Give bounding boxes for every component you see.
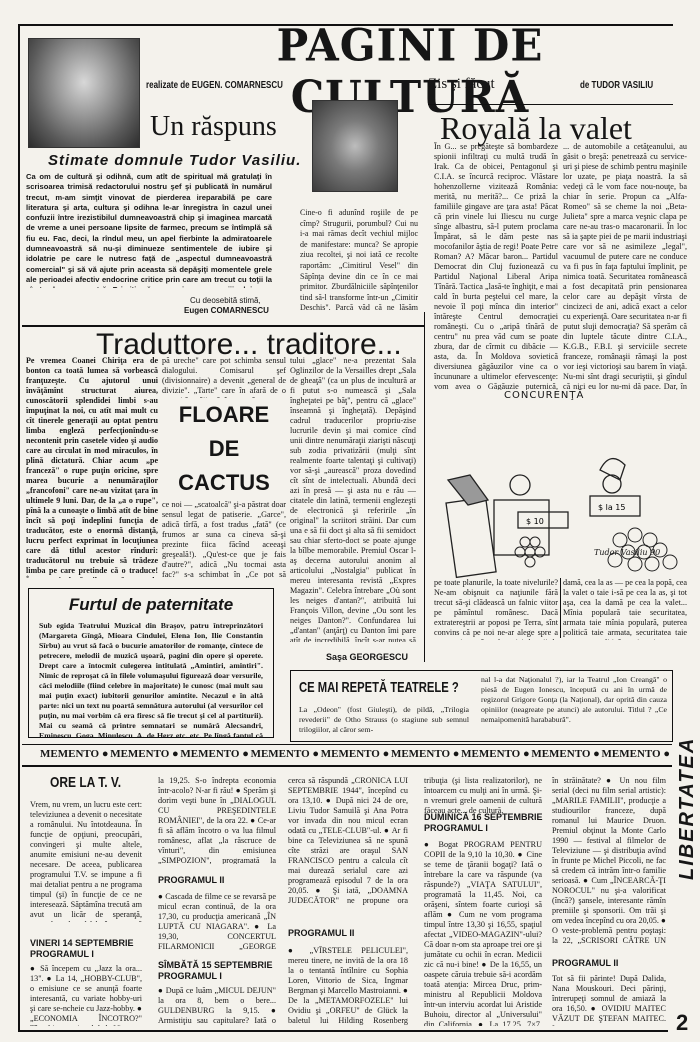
- cactus-header: FLOARE DE CACTUS: [162, 398, 286, 500]
- simbata-p2-text: ● „VÎRSTELE PELICULEI", mereu tinere, ne…: [288, 946, 408, 1026]
- box-teatrele: CE MAI REPETĂ TEATRELE ? La „Odeon" (fos…: [290, 670, 673, 742]
- traduttore-col2-top: pă ureche" care pot schimba sensul dialo…: [162, 356, 286, 398]
- left-rule: [18, 26, 20, 1030]
- cartoon-signature: Tudor Vasiliu 90: [594, 548, 660, 557]
- duminica-program-1: PROGRAMUL I: [424, 823, 488, 834]
- duminica-heading: DUMINICĂ 16 SEPTEMBRIE: [424, 812, 543, 823]
- simbata-heading: SÎMBĂTĂ 15 SEPTEMBRIE: [158, 960, 273, 971]
- column-divider-royala: [560, 578, 561, 638]
- vineri-heading: VINERI 14 SEPTEMBRIE: [30, 938, 134, 949]
- royala-col2: ... de automobile a cetăţeanului, au găs…: [563, 142, 687, 390]
- newspaper-name: LIBERTATEA: [676, 737, 699, 880]
- vineri-program-2: PROGRAMUL II: [158, 875, 224, 886]
- duminica-p1-text: ● Bogat PROGRAM PENTRU COPII de la 9,10 …: [424, 840, 542, 1026]
- article-body-raspuns: Ca om de cultură şi odihnă, cum atît de …: [26, 172, 272, 288]
- furtul-body: Sub egida Teatrului Muzical din Braşov, …: [39, 621, 263, 737]
- bottom-rule: [18, 1030, 668, 1032]
- simbata-p1-text: ● După ce luăm „MICUL DEJUN" la ora 8, b…: [158, 986, 276, 1026]
- vineri-p2-text: ● Cascada de filme ce se revarsă pe micu…: [158, 892, 276, 950]
- signature-georgescu: Saşa GEORGESCU: [326, 652, 408, 662]
- memento-banner: MEMENTO ● MEMENTO ● MEMENTO ● MEMENTO ● …: [40, 748, 670, 760]
- simbata-program-1: PROGRAMUL I: [158, 971, 222, 982]
- memento-item: MEMENTO ●: [180, 748, 248, 760]
- teatrele-col1: La „Odeon" (fost Giuleşti), de pildă, „T…: [299, 705, 469, 739]
- article-title-raspuns: Un răspuns: [150, 113, 277, 141]
- closing: Cu deosebită stimă,: [190, 296, 261, 305]
- memento-item: MEMENTO ●: [391, 748, 459, 760]
- memento-item: MEMENTO ●: [251, 748, 319, 760]
- memento-item: MEMENTO ●: [461, 748, 529, 760]
- credit-left: realizate de EUGEN. COMARNESCU: [146, 80, 306, 91]
- cactus-line-1: FLOARE: [162, 398, 286, 432]
- memento-item: MEMENTO ●: [110, 748, 178, 760]
- tv-col2-text: la 19,25. S-o îndrepta economia într-aco…: [158, 776, 276, 864]
- memento-item: MEMENTO ●: [602, 748, 670, 760]
- duminica-program-2: PROGRAMUL II: [552, 958, 618, 969]
- memento-item: MEMENTO ●: [321, 748, 389, 760]
- vineri-program-1: PROGRAMUL I: [30, 949, 94, 960]
- byline-rule: [428, 104, 673, 105]
- article-title-royala: Royală la valet: [440, 112, 632, 144]
- royala-col1: În G... se pregăteşte să bombardeze spio…: [434, 142, 558, 390]
- teatrele-title: CE MAI REPETĂ TEATRELE ?: [299, 679, 459, 696]
- signature-comarnescu: Eugen COMARNESCU: [184, 306, 269, 315]
- sign-left-text: $ 10: [526, 517, 544, 526]
- tv-col3-text: cerca să răspundă „CRONICA LUI SEPTEMBRI…: [288, 776, 408, 906]
- column-divider-right: [424, 312, 425, 662]
- section-rule-traduttore: [22, 325, 424, 327]
- royala-col1-cont: pe toate planurile, la toate nivelurile?…: [434, 578, 558, 640]
- vineri-p1-text: ● Să începem cu „Jazz la ora... 13". ● L…: [30, 964, 142, 1026]
- portrait-photo-vasiliu: [312, 100, 398, 192]
- credit-right: de TUDOR VASILIU: [580, 80, 676, 91]
- cactus-line-2: DE: [162, 432, 286, 466]
- simbata-program-2: PROGRAMUL II: [288, 928, 354, 939]
- traduttore-col2-bottom: ce noi — „scatoalcă" şi-a păstrat doar s…: [162, 500, 286, 578]
- teatrele-col2: nal l-a dat Naţionalul ?), iar la Teatru…: [481, 675, 667, 739]
- tv-col5-text: în străinătate? ● Un nou film serial (de…: [552, 776, 666, 944]
- memento-item: MEMENTO ●: [40, 748, 108, 760]
- traduttore-col3: tului „glace" ne-a prezentat Sala Oglinz…: [290, 356, 416, 642]
- memento-rule-bottom: [22, 765, 672, 767]
- cartoon-drawing: $ 10 $ la 15: [430, 440, 690, 580]
- portrait-photo-comarnescu: [28, 38, 140, 148]
- sign-right-text: $ la 15: [598, 503, 625, 512]
- page-title: PAGINI DE CULTURĂ: [160, 20, 660, 123]
- furtul-title: Furtul de paternitate: [29, 595, 273, 615]
- tv-intro: Vrem, nu vrem, un lucru este cert: telev…: [30, 800, 142, 922]
- page-number: 2: [676, 1010, 688, 1036]
- cactus-line-3: CACTUS: [162, 466, 286, 500]
- traduttore-col1: Pe vremea Coanei Chiriţa era de bonton c…: [26, 356, 158, 578]
- column-name: Zis şi făcut: [428, 76, 495, 93]
- tv-title: ORE LA T. V.: [50, 774, 121, 791]
- royala-col2-cont: damă, cea la as — pe cea la popă, cea la…: [563, 578, 687, 640]
- article-body-middle: Cine-o fi adunînd roşiile de pe cîmp? St…: [300, 208, 418, 312]
- box-furtul-de-paternitate: Furtul de paternitate Sub egida Teatrulu…: [28, 588, 274, 738]
- salutation: Stimate domnule Tudor Vasiliu.: [48, 152, 301, 169]
- newspaper-page: PAGINI DE CULTURĂ realizate de EUGEN. CO…: [0, 0, 700, 1042]
- cartoon-caption: CONCURENŢĂ: [504, 390, 584, 401]
- duminica-p2-text: Tot să fii părinte! După Dalida, Nana Mo…: [552, 974, 666, 1026]
- memento-rule-top: [22, 744, 672, 745]
- memento-item: MEMENTO ●: [531, 748, 599, 760]
